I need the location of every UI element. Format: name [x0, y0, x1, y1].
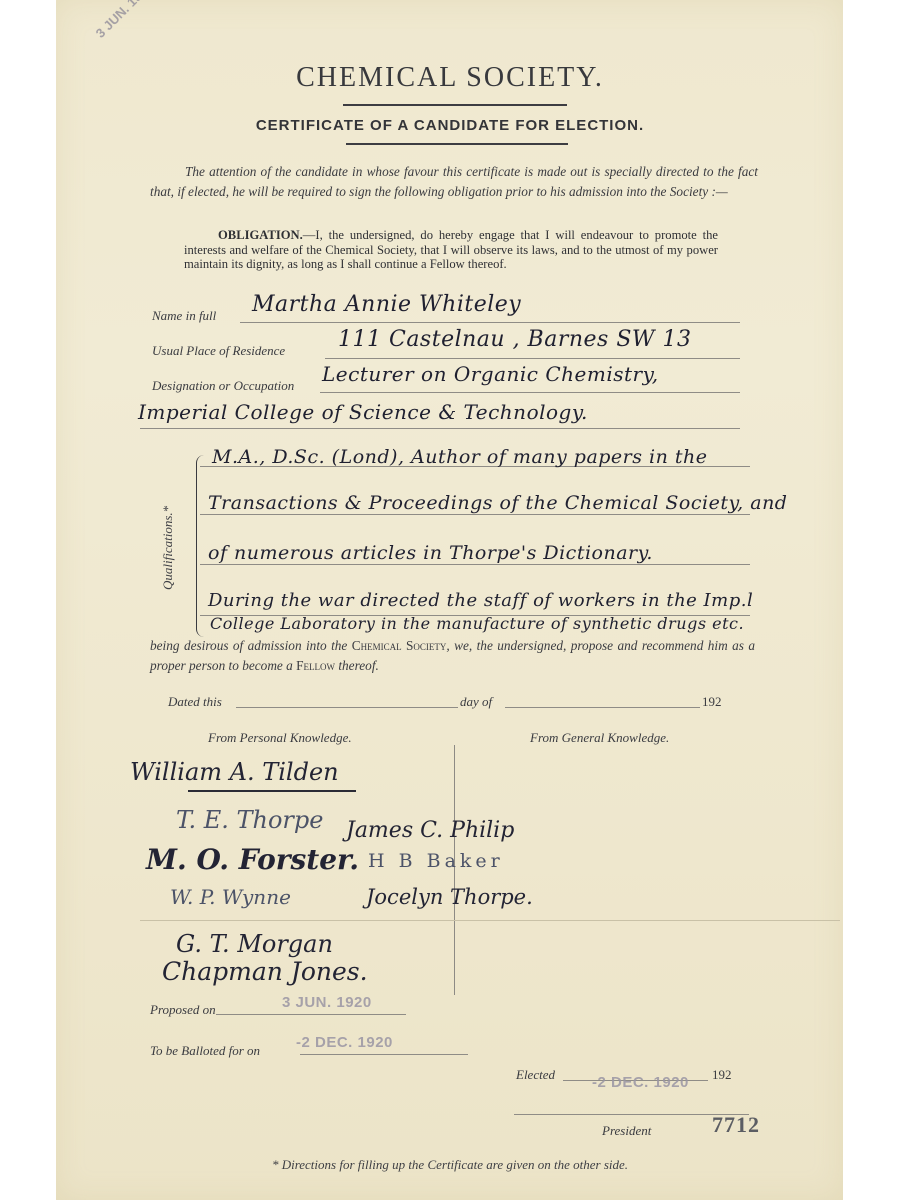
occupation-field-2[interactable]: Imperial College of Science & Technology… [138, 400, 588, 424]
occupation-field-1[interactable]: Lecturer on Organic Chemistry, [322, 362, 659, 386]
name-label: Name in full [152, 308, 216, 324]
occupation-line-1 [320, 392, 740, 393]
signature: William A. Tilden [130, 758, 339, 786]
signature: T. E. Thorpe [176, 806, 323, 834]
proposed-label: Proposed on [150, 1002, 216, 1018]
qualification-line[interactable]: College Laboratory in the manufacture of… [210, 614, 744, 633]
society-title: CHEMICAL SOCIETY. [0, 62, 900, 94]
qualification-line[interactable]: Transactions & Proceedings of the Chemic… [208, 492, 787, 514]
qualification-line[interactable]: M.A., D.Sc. (Lond), Author of many paper… [212, 446, 708, 468]
proposed-line [216, 1014, 406, 1015]
name-line [240, 322, 740, 323]
qualification-line[interactable]: of numerous articles in Thorpe's Diction… [208, 542, 653, 564]
ballot-line [300, 1054, 468, 1055]
certificate-subtitle: CERTIFICATE OF A CANDIDATE FOR ELECTION. [0, 117, 900, 134]
personal-knowledge-header: From Personal Knowledge. [208, 730, 352, 746]
recommendation-paragraph: being desirous of admission into the Che… [150, 636, 755, 676]
signature: H B Baker [368, 850, 504, 872]
day-of-label: day of [460, 694, 492, 710]
qual-line-2 [200, 514, 750, 515]
elected-date-stamp: -2 DEC. 1920 [592, 1074, 689, 1091]
qualifications-brace [196, 455, 207, 637]
title-rule [343, 104, 567, 106]
general-knowledge-header: From General Knowledge. [530, 730, 669, 746]
obligation-paragraph: OBLIGATION.—I, the undersigned, do hereb… [184, 228, 718, 272]
dated-day-line[interactable] [236, 707, 458, 708]
residence-line [325, 358, 740, 359]
signature: Jocelyn Thorpe. [366, 885, 533, 909]
elected-year: 192 [712, 1067, 732, 1083]
proposed-date-stamp: 3 JUN. 1920 [282, 994, 372, 1011]
residence-field[interactable]: 111 Castelnau , Barnes SW 13 [338, 327, 692, 352]
elected-label: Elected [516, 1067, 555, 1083]
residence-label: Usual Place of Residence [152, 343, 285, 359]
dated-label: Dated this [168, 694, 222, 710]
qual-line-3 [200, 564, 750, 565]
recommendation-text-3: thereof. [338, 658, 379, 673]
footnote: * Directions for filling up the Certific… [0, 1157, 900, 1173]
occupation-line-2 [140, 428, 740, 429]
subtitle-rule [346, 143, 568, 145]
intro-text: The attention of the candidate in whose … [150, 162, 758, 202]
ballot-label: To be Balloted for on [150, 1043, 260, 1059]
paper-fold-line [140, 920, 840, 921]
society-name: Chemical Society [352, 638, 447, 653]
name-field[interactable]: Martha Annie Whiteley [252, 292, 521, 317]
qualifications-label: Qualifications.* [160, 506, 176, 590]
obligation-heading: OBLIGATION. [218, 228, 303, 242]
signature: W. P. Wynne [170, 885, 291, 909]
recommendation-text-1: being desirous of admission into the [150, 638, 347, 653]
signature-underline [188, 790, 356, 792]
president-label: President [602, 1123, 651, 1139]
signature: Chapman Jones. [162, 957, 368, 986]
ballot-date-stamp: -2 DEC. 1920 [296, 1034, 393, 1051]
intro-paragraph: The attention of the candidate in whose … [150, 162, 758, 202]
dated-year: 192 [702, 694, 722, 710]
qualification-line[interactable]: During the war directed the staff of wor… [208, 590, 753, 611]
signature: M. O. Forster. [146, 843, 359, 876]
signature: G. T. Morgan [176, 930, 333, 958]
occupation-label: Designation or Occupation [152, 378, 294, 394]
fellow-word: Fellow [296, 658, 335, 673]
signature: James C. Philip [346, 818, 514, 843]
dated-month-line[interactable] [505, 707, 700, 708]
certificate-number: 7712 [712, 1112, 760, 1138]
